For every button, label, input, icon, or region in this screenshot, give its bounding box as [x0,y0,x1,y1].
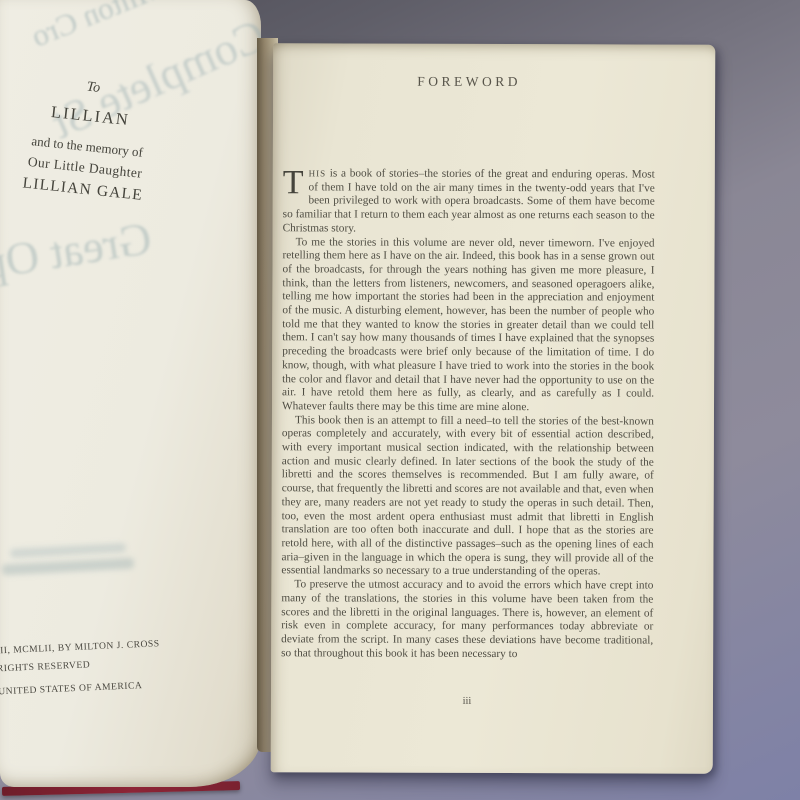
small-caps: HIS [309,168,327,178]
drop-cap: T [283,167,309,196]
paragraph: To preserve the utmost accuracy and to a… [281,578,653,662]
paragraph: THIS is a book of stories–the stories of… [283,167,655,237]
copyright-notice: LVII, MCMLII, BY MILTON J. CROSS L RIGHT… [0,636,209,698]
copyright-line: E UNITED STATES OF AMERICA [0,677,209,698]
right-page: FOREWORD THIS is a book of stories–the s… [271,43,716,774]
ghost-showthrough-text: Milton Cro [26,0,168,55]
ghost-showthrough-blur [10,543,126,558]
ghost-showthrough-text: Great Op [0,211,155,290]
ghost-showthrough-blur [2,558,134,576]
open-book-photo: Milton Cro Complete St Great Op To LILLI… [0,0,800,800]
paragraph: To me the stories in this volume are nev… [282,236,655,415]
left-page: Milton Cro Complete St Great Op To LILLI… [0,0,261,787]
page-number: iii [281,695,653,707]
page-title: FOREWORD [283,73,655,90]
dedication: To LILLIAN and to the memory of Our Litt… [0,71,186,209]
paragraph: This book then is an attempt to fill a n… [281,414,654,580]
foreword-body: THIS is a book of stories–the stories of… [281,167,655,662]
copyright-line: L RIGHTS RESERVED [0,654,208,675]
copyright-line: LVII, MCMLII, BY MILTON J. CROSS [0,636,207,657]
paragraph-text: is a book of stories–the stories of the … [283,167,655,234]
